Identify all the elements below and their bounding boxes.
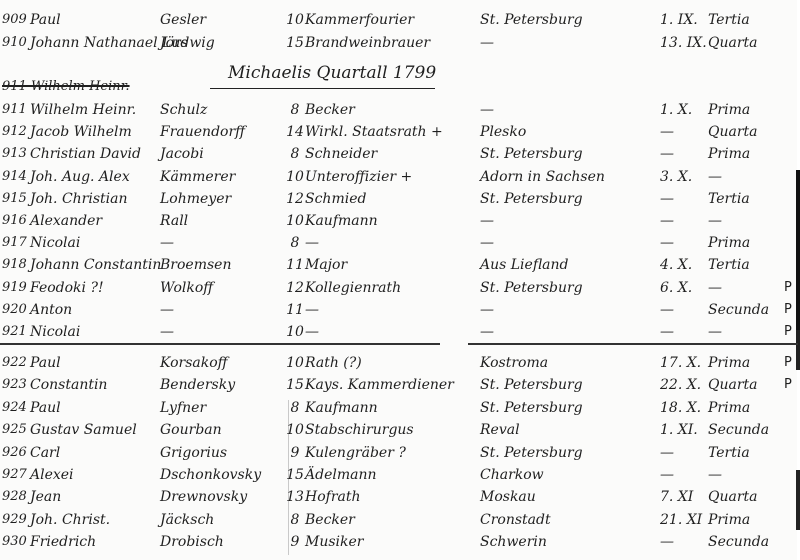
entry-number: 921: [2, 322, 32, 342]
father-occupation: Hofrath: [305, 487, 361, 507]
age: 8: [285, 510, 305, 530]
entry-date: 7. XI: [660, 487, 710, 507]
entry-date: 3. X.: [660, 167, 710, 187]
school-class: Prima: [708, 510, 750, 530]
age: 12: [285, 189, 305, 209]
margin-mark: P: [784, 375, 792, 395]
age: 14: [285, 122, 305, 142]
given-names: Nicolai: [30, 322, 80, 342]
school-class: —: [708, 322, 722, 342]
ledger-row: 912Jacob WilhelmFrauendorff14Wirkl. Staa…: [0, 122, 800, 146]
entry-number: 927: [2, 465, 32, 485]
given-names: Carl: [30, 443, 60, 463]
age: 11: [285, 300, 305, 320]
ledger-row: 916AlexanderRall10Kaufmann———: [0, 211, 800, 235]
entry-number: 919: [2, 278, 32, 298]
given-names: Alexander: [30, 211, 102, 231]
age: 15: [285, 465, 305, 485]
entry-number: 914: [2, 167, 32, 187]
entry-date: —: [660, 300, 710, 320]
origin-place: —: [480, 300, 494, 320]
origin-place: Adorn in Sachsen: [480, 167, 605, 187]
ledger-row: 921Nicolai—10————P: [0, 322, 800, 346]
school-class: Quarta: [708, 487, 758, 507]
age: 15: [285, 375, 305, 395]
ledger-row: 914Joh. Aug. AlexKämmerer10Unteroffizier…: [0, 167, 800, 191]
origin-place: —: [480, 233, 494, 253]
surname: Lyfner: [160, 398, 206, 418]
surname: —: [160, 300, 174, 320]
surname: Drewnovsky: [160, 487, 247, 507]
given-names: Jean: [30, 487, 61, 507]
origin-place: Cronstadt: [480, 510, 551, 530]
school-class: —: [708, 167, 722, 187]
entry-date: 13. IX.: [660, 33, 710, 53]
struck-entry: 911 Wilhelm Heinr.: [2, 78, 130, 96]
age: 10: [285, 167, 305, 187]
entry-date: —: [660, 144, 710, 164]
origin-place: Charkow: [480, 465, 544, 485]
given-names: Anton: [30, 300, 72, 320]
origin-place: Plesko: [480, 122, 526, 142]
age: 8: [285, 100, 305, 120]
entry-number: 918: [2, 255, 32, 275]
surname: Bendersky: [160, 375, 235, 395]
ledger-row: 929Joh. Christ.Jäcksch8BeckerCronstadt21…: [0, 510, 800, 534]
age: 10: [285, 420, 305, 440]
entry-date: —: [660, 233, 710, 253]
ledger-row: 910Johann Nathanael LudwigJörs15Brandwei…: [0, 33, 800, 57]
entry-number: 917: [2, 233, 32, 253]
surname: Kämmerer: [160, 167, 235, 187]
surname: Broemsen: [160, 255, 231, 275]
father-occupation: Kammerfourier: [305, 10, 414, 30]
father-occupation: Kollegienrath: [305, 278, 401, 298]
father-occupation: —: [305, 300, 319, 320]
father-occupation: Ädelmann: [305, 465, 377, 485]
ledger-row: 927AlexeiDschonkovsky15ÄdelmannCharkow——: [0, 465, 800, 489]
given-names: Feodoki ?!: [30, 278, 104, 298]
school-class: Tertia: [708, 189, 750, 209]
surname: Jacobi: [160, 144, 204, 164]
entry-date: 18. X.: [660, 398, 710, 418]
ledger-page: Michaelis Quartall 1799 911 Wilhelm Hein…: [0, 0, 800, 560]
entry-date: —: [660, 189, 710, 209]
school-class: Prima: [708, 353, 750, 373]
school-class: —: [708, 465, 722, 485]
ledger-row: 911Wilhelm Heinr.Schulz8Becker—1. X.Prim…: [0, 100, 800, 124]
school-class: Prima: [708, 398, 750, 418]
age: 12: [285, 278, 305, 298]
age: 10: [285, 322, 305, 342]
entry-number: 911: [2, 100, 32, 120]
entry-number: 926: [2, 443, 32, 463]
entry-date: 1. IX.: [660, 10, 710, 30]
ledger-row: 922PaulKorsakoff10Rath (?)Kostroma17. X.…: [0, 353, 800, 377]
ledger-row: 909PaulGesler10KammerfourierSt. Petersbu…: [0, 10, 800, 34]
entry-number: 924: [2, 398, 32, 418]
given-names: Wilhelm Heinr.: [30, 100, 136, 120]
age: 10: [285, 353, 305, 373]
surname: Grigorius: [160, 443, 227, 463]
school-class: Quarta: [708, 122, 758, 142]
school-class: Prima: [708, 100, 750, 120]
origin-place: —: [480, 33, 494, 53]
entry-number: 915: [2, 189, 32, 209]
ledger-row: 928JeanDrewnovsky13HofrathMoskau7. XIQua…: [0, 487, 800, 511]
margin-mark: P: [784, 300, 792, 320]
school-class: —: [708, 211, 722, 231]
ledger-row: 930FriedrichDrobisch9MusikerSchwerin—Sec…: [0, 532, 800, 556]
age: 10: [285, 10, 305, 30]
father-occupation: Stabschirurgus: [305, 420, 414, 440]
entry-date: 1. XI.: [660, 420, 710, 440]
surname: Schulz: [160, 100, 207, 120]
entry-date: —: [660, 322, 710, 342]
origin-place: —: [480, 322, 494, 342]
school-class: Secunda: [708, 420, 769, 440]
origin-place: Kostroma: [480, 353, 548, 373]
entry-number: 916: [2, 211, 32, 231]
surname: —: [160, 322, 174, 342]
age: 9: [285, 532, 305, 552]
entry-number: 909: [2, 10, 32, 30]
surname: —: [160, 233, 174, 253]
ledger-row: 925Gustav SamuelGourban10StabschirurgusR…: [0, 420, 800, 444]
entry-date: —: [660, 465, 710, 485]
school-class: Quarta: [708, 375, 758, 395]
entry-number: 922: [2, 353, 32, 373]
surname: Gesler: [160, 10, 206, 30]
ledger-row: 923ConstantinBendersky15Kays. Kammerdien…: [0, 375, 800, 399]
given-names: Johann Constantin: [30, 255, 161, 275]
heading-underline: [210, 88, 435, 89]
school-class: Tertia: [708, 443, 750, 463]
father-occupation: Schneider: [305, 144, 377, 164]
age: 10: [285, 211, 305, 231]
margin-mark: P: [784, 353, 792, 373]
surname: Jäcksch: [160, 510, 214, 530]
given-names: Jacob Wilhelm: [30, 122, 132, 142]
age: 8: [285, 233, 305, 253]
entry-date: —: [660, 443, 710, 463]
entry-date: 1. X.: [660, 100, 710, 120]
school-class: —: [708, 278, 722, 298]
father-occupation: Kaufmann: [305, 211, 378, 231]
school-class: Tertia: [708, 255, 750, 275]
entry-date: —: [660, 211, 710, 231]
origin-place: St. Petersburg: [480, 189, 583, 209]
origin-place: St. Petersburg: [480, 375, 583, 395]
ledger-row: 918Johann ConstantinBroemsen11MajorAus L…: [0, 255, 800, 279]
father-occupation: Wirkl. Staatsrath +: [305, 122, 443, 142]
entry-number: 923: [2, 375, 32, 395]
entry-date: 21. XI: [660, 510, 710, 530]
father-occupation: —: [305, 322, 319, 342]
given-names: Joh. Christ.: [30, 510, 110, 530]
entry-date: 17. X.: [660, 353, 710, 373]
father-occupation: —: [305, 233, 319, 253]
origin-place: —: [480, 211, 494, 231]
father-occupation: Unteroffizier +: [305, 167, 412, 187]
age: 8: [285, 144, 305, 164]
origin-place: —: [480, 100, 494, 120]
surname: Gourban: [160, 420, 222, 440]
entry-number: 913: [2, 144, 32, 164]
origin-place: St. Petersburg: [480, 443, 583, 463]
given-names: Christian David: [30, 144, 141, 164]
school-class: Tertia: [708, 10, 750, 30]
given-names: Gustav Samuel: [30, 420, 137, 440]
section-heading: Michaelis Quartall 1799: [228, 62, 436, 84]
origin-place: St. Petersburg: [480, 398, 583, 418]
ledger-row: 915Joh. ChristianLohmeyer12SchmiedSt. Pe…: [0, 189, 800, 213]
age: 11: [285, 255, 305, 275]
father-occupation: Schmied: [305, 189, 366, 209]
father-occupation: Becker: [305, 100, 355, 120]
school-class: Secunda: [708, 300, 769, 320]
ledger-row: 919Feodoki ?!Wolkoff12KollegienrathSt. P…: [0, 278, 800, 302]
father-occupation: Major: [305, 255, 347, 275]
age: 15: [285, 33, 305, 53]
entry-date: 22. X.: [660, 375, 710, 395]
given-names: Friedrich: [30, 532, 96, 552]
father-occupation: Kulengräber ?: [305, 443, 406, 463]
origin-place: St. Petersburg: [480, 278, 583, 298]
school-class: Prima: [708, 144, 750, 164]
surname: Korsakoff: [160, 353, 228, 373]
ledger-row: 920Anton—11———SecundaP: [0, 300, 800, 324]
origin-place: St. Petersburg: [480, 144, 583, 164]
entry-number: 930: [2, 532, 32, 552]
origin-place: Aus Liefland: [480, 255, 568, 275]
ledger-row: 924PaulLyfner8KaufmannSt. Petersburg18. …: [0, 398, 800, 422]
origin-place: St. Petersburg: [480, 10, 583, 30]
given-names: Constantin: [30, 375, 107, 395]
surname: Dschonkovsky: [160, 465, 261, 485]
origin-place: Reval: [480, 420, 520, 440]
father-occupation: Kaufmann: [305, 398, 378, 418]
given-names: Paul: [30, 10, 61, 30]
father-occupation: Rath (?): [305, 353, 362, 373]
entry-date: —: [660, 532, 710, 552]
father-occupation: Kays. Kammerdiener: [305, 375, 454, 395]
margin-mark: P: [784, 278, 792, 298]
age: 8: [285, 398, 305, 418]
entry-date: —: [660, 122, 710, 142]
entry-date: 6. X.: [660, 278, 710, 298]
age: 9: [285, 443, 305, 463]
father-occupation: Becker: [305, 510, 355, 530]
ledger-row: 913Christian DavidJacobi8SchneiderSt. Pe…: [0, 144, 800, 168]
origin-place: Schwerin: [480, 532, 547, 552]
given-names: Paul: [30, 398, 61, 418]
entry-number: 925: [2, 420, 32, 440]
father-occupation: Musiker: [305, 532, 363, 552]
given-names: Joh. Aug. Alex: [30, 167, 130, 187]
father-occupation: Brandweinbrauer: [305, 33, 430, 53]
given-names: Paul: [30, 353, 61, 373]
ledger-row: 926CarlGrigorius9Kulengräber ?St. Peters…: [0, 443, 800, 467]
given-names: Joh. Christian: [30, 189, 128, 209]
given-names: Nicolai: [30, 233, 80, 253]
ledger-row: 917Nicolai—8———Prima: [0, 233, 800, 257]
school-class: Secunda: [708, 532, 769, 552]
surname: Wolkoff: [160, 278, 213, 298]
surname: Lohmeyer: [160, 189, 231, 209]
origin-place: Moskau: [480, 487, 536, 507]
surname: Frauendorff: [160, 122, 245, 142]
age: 13: [285, 487, 305, 507]
surname: Rall: [160, 211, 188, 231]
entry-number: 929: [2, 510, 32, 530]
margin-mark: P: [784, 322, 792, 342]
school-class: Prima: [708, 233, 750, 253]
entry-number: 910: [2, 33, 32, 53]
entry-date: 4. X.: [660, 255, 710, 275]
surname: Jörs: [160, 33, 188, 53]
school-class: Quarta: [708, 33, 758, 53]
entry-number: 928: [2, 487, 32, 507]
given-names: Alexei: [30, 465, 74, 485]
surname: Drobisch: [160, 532, 224, 552]
entry-number: 920: [2, 300, 32, 320]
entry-number: 912: [2, 122, 32, 142]
